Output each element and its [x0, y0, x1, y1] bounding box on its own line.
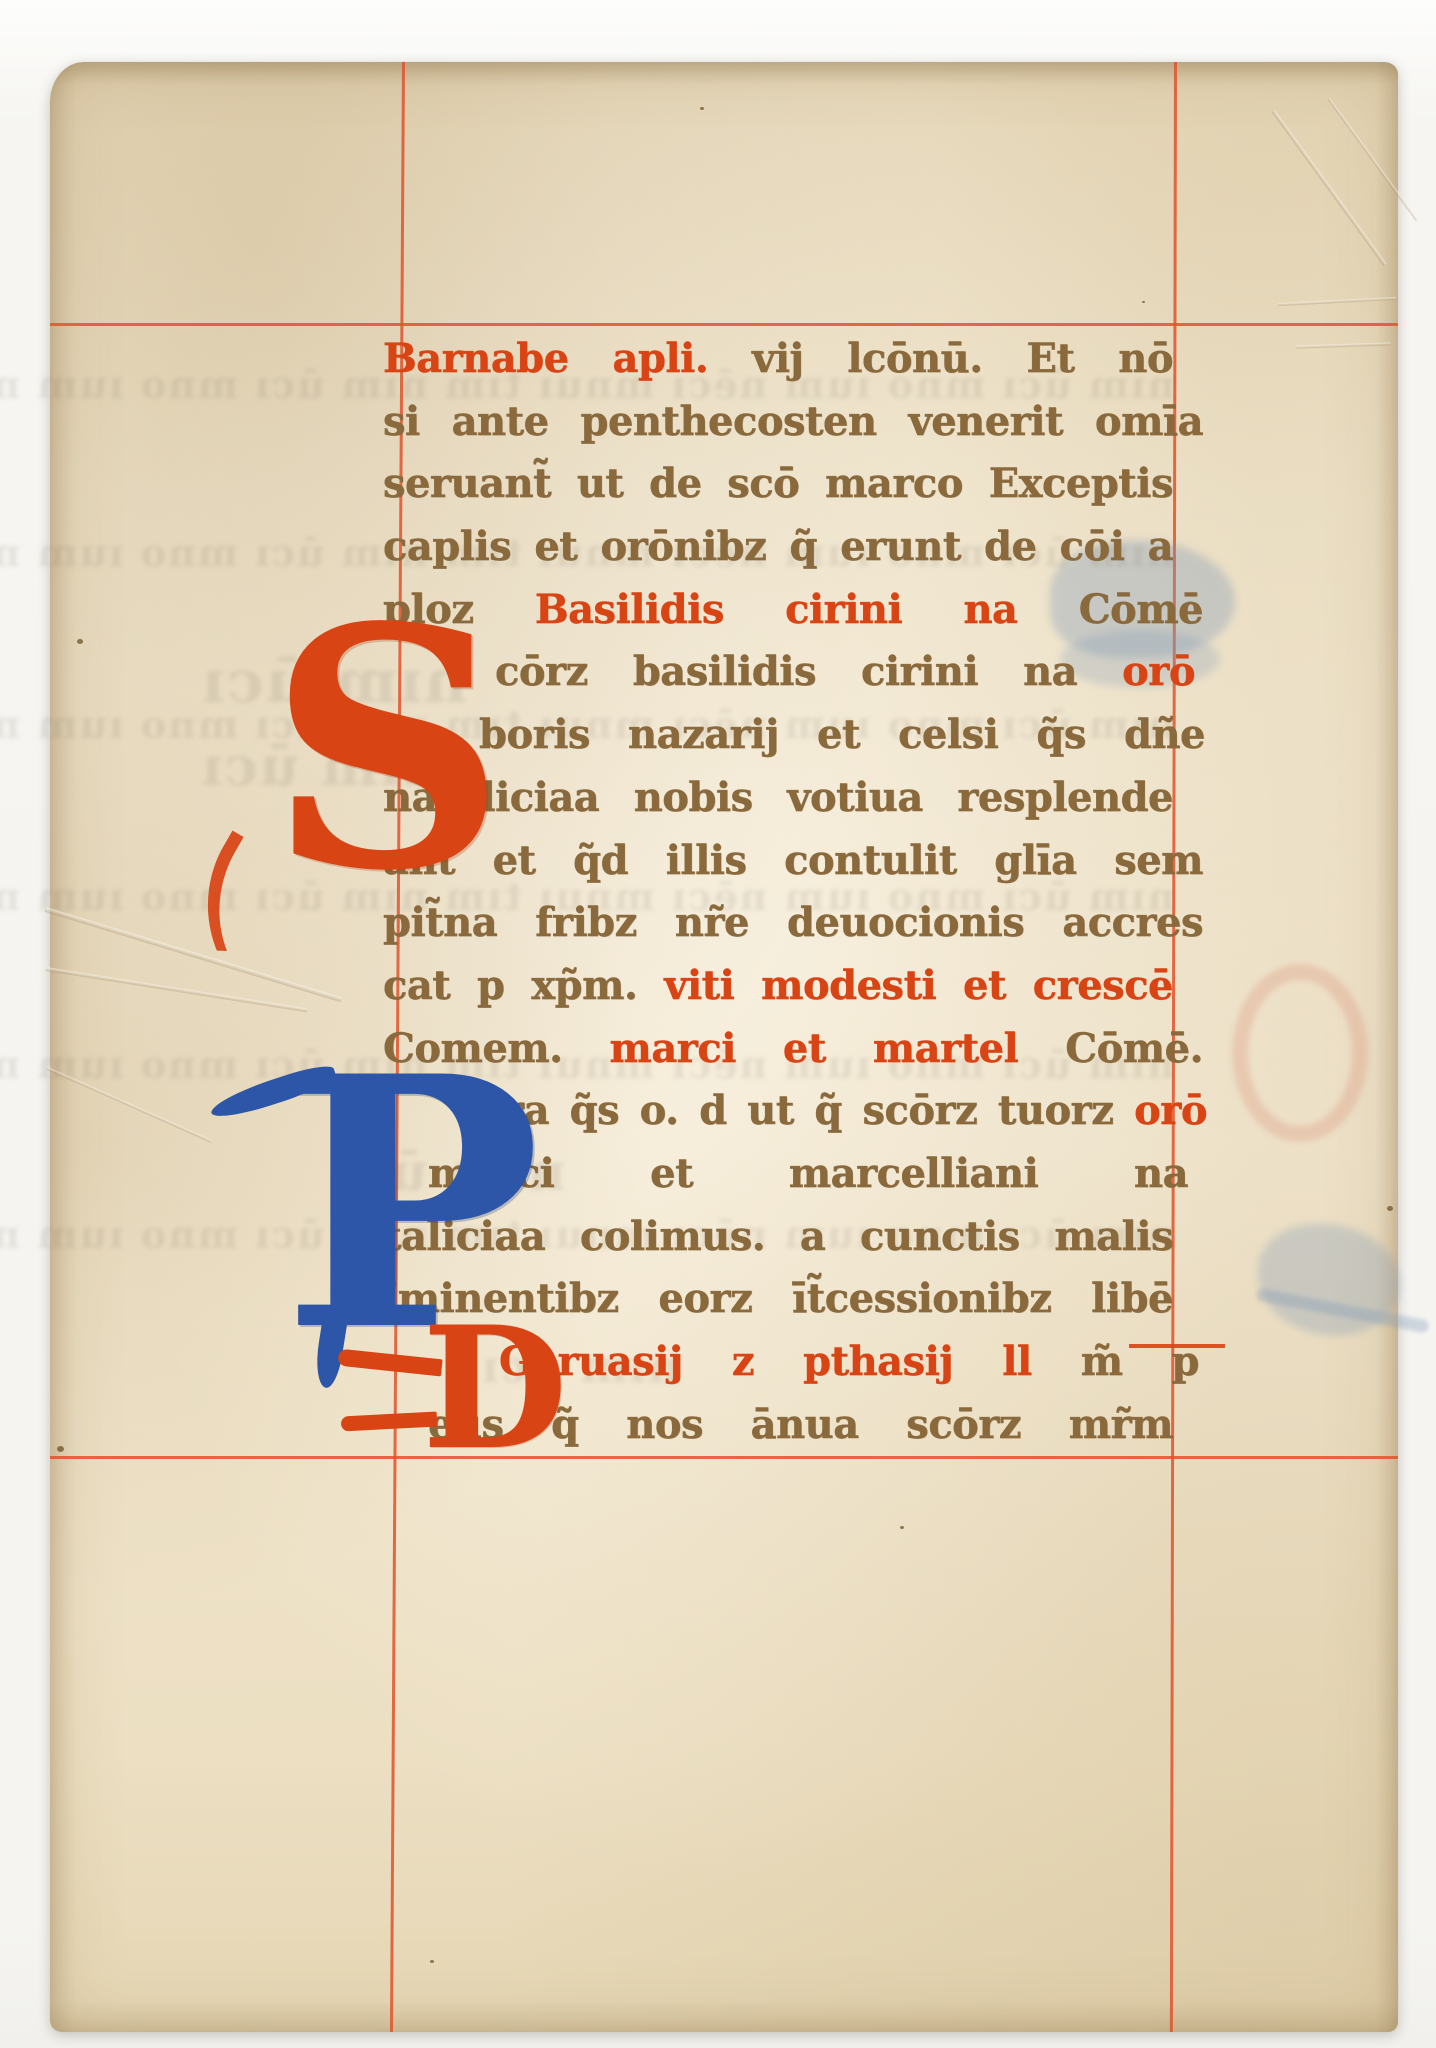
ink-speck: [900, 1526, 904, 1529]
manuscript-text-line: Barnabe apli. vij lcōnū. Et nō: [383, 327, 1173, 390]
edge-crease: [1278, 297, 1396, 306]
manuscript-text-line: pit̃na fribz nr̃e deuocionis accres: [383, 891, 1203, 954]
ink-speck: [1387, 1206, 1393, 1211]
body-text: nataliciaa nobis votiua resplende: [383, 774, 1173, 821]
corner-crease: [1272, 110, 1387, 266]
initial-S-tail-flourish: [164, 830, 339, 1010]
manuscript-text-line: seruant̃ ut de scō marco Exceptis: [383, 452, 1173, 515]
manuscript-text-line: marci et marcelliani na: [383, 1142, 1188, 1205]
showthrough-blue-initial: [1258, 1224, 1400, 1336]
rubric-text: Barnabe apli.: [383, 335, 752, 382]
body-text: ant et q̃d illis contulit glīa sem: [383, 837, 1203, 884]
body-text: vij lcōnū. Et nō: [752, 335, 1173, 382]
ruling-line-horizontal-bottom: [50, 1456, 1398, 1459]
body-text: taliciaa colimus. a cunctis malis: [383, 1213, 1173, 1260]
manuscript-text-line: eus q̃ nos ānua scōrz mr̃m: [383, 1393, 1173, 1456]
showthrough-red-initial-ring: [1232, 964, 1368, 1142]
ink-speck: [1142, 301, 1145, 303]
manuscript-leaf: nım ūcı mno ıum nēcı mnuı tım nım ūcı mn…: [50, 62, 1398, 2032]
body-text: īminentibz eorz īt̃cessionibz libē: [383, 1275, 1173, 1322]
body-text: ploz: [383, 586, 535, 633]
ink-speck: [57, 1446, 64, 1452]
manuscript-text-line: boris nazarij et celsi q̃s dñe: [383, 703, 1205, 766]
body-text: si ante penthecosten venerit omīa: [383, 398, 1203, 445]
rubric-text: orō: [1122, 648, 1195, 695]
rubric-text: marci et martel: [610, 1025, 1066, 1072]
ink-speck: [700, 107, 704, 110]
body-text: caplis et orōnibz q̃ erunt de cōi a: [383, 523, 1173, 570]
edge-crease: [1296, 342, 1391, 348]
ruling-line-horizontal-top: [50, 323, 1398, 326]
body-text: Cōmē: [1079, 586, 1203, 633]
rubric-text: orō: [1134, 1087, 1207, 1134]
fold-crease: [47, 1067, 213, 1143]
body-text: Cōmē.: [1065, 1025, 1203, 1072]
fold-crease: [45, 907, 343, 1002]
body-text: boris nazarij et celsi q̃s dñe: [479, 711, 1205, 758]
ink-speck: [77, 639, 83, 644]
manuscript-text-line: ploz Basilidis cirini na Cōmē: [383, 578, 1203, 641]
body-text: cat p xp̃m.: [383, 962, 664, 1009]
text-column: Barnabe apli. vij lcōnū. Et nōsi ante pe…: [383, 327, 1213, 1455]
initial-P-swash: [207, 1061, 338, 1124]
manuscript-text-line: cat p xp̃m. viti modesti et crescē: [383, 954, 1173, 1017]
manuscript-text-line: caplis et orōnibz q̃ erunt de cōi a: [383, 515, 1173, 578]
manuscript-text-line: ant et q̃d illis contulit glīa sem: [383, 829, 1203, 892]
body-text: pit̃na fribz nr̃e deuocionis accres: [383, 899, 1203, 946]
manuscript-text-line: nataliciaa nobis votiua resplende: [383, 766, 1173, 829]
photographed-scan-background: nım ūcı mno ıum nēcı mnuı tım nım ūcı mn…: [0, 0, 1436, 2048]
manuscript-text-line: īminentibz eorz īt̃cessionibz libē: [383, 1267, 1173, 1330]
body-text: ra q̃s o. d ut q̃ scōrz tuorz: [503, 1087, 1134, 1134]
manuscript-text-line: cōrz basilidis cirini na orō: [383, 640, 1195, 703]
fold-crease: [45, 967, 307, 1012]
body-text: cōrz basilidis cirini na: [495, 648, 1122, 695]
body-text: seruant̃ ut de scō marco Exceptis: [383, 460, 1173, 507]
initial-P-descender: [312, 1309, 349, 1390]
body-text: eus q̃ nos ānua scōrz mr̃m: [428, 1401, 1173, 1448]
manuscript-text-line: Comem. marci et martel Cōmē.: [383, 1017, 1203, 1080]
body-text: Comem.: [383, 1025, 610, 1072]
rubric-text: viti modesti et crescē: [664, 962, 1173, 1009]
ink-speck: [430, 1960, 434, 1963]
manuscript-text-line: Geruasij z pthasij ll m̃ p: [383, 1330, 1199, 1393]
body-text: m̃ p: [1081, 1338, 1199, 1385]
corner-crease: [1328, 98, 1419, 221]
showthrough-blue-flourish: [1255, 1287, 1429, 1333]
manuscript-text-line: ra q̃s o. d ut q̃ scōrz tuorz orō: [383, 1079, 1207, 1142]
manuscript-text-line: si ante penthecosten venerit omīa: [383, 390, 1203, 453]
rubric-text: Geruasij z pthasij ll: [499, 1338, 1081, 1385]
manuscript-text-line: taliciaa colimus. a cunctis malis: [383, 1205, 1173, 1268]
rubric-text: Basilidis cirini na: [535, 586, 1079, 633]
body-text: marci et marcelliani na: [428, 1150, 1188, 1197]
